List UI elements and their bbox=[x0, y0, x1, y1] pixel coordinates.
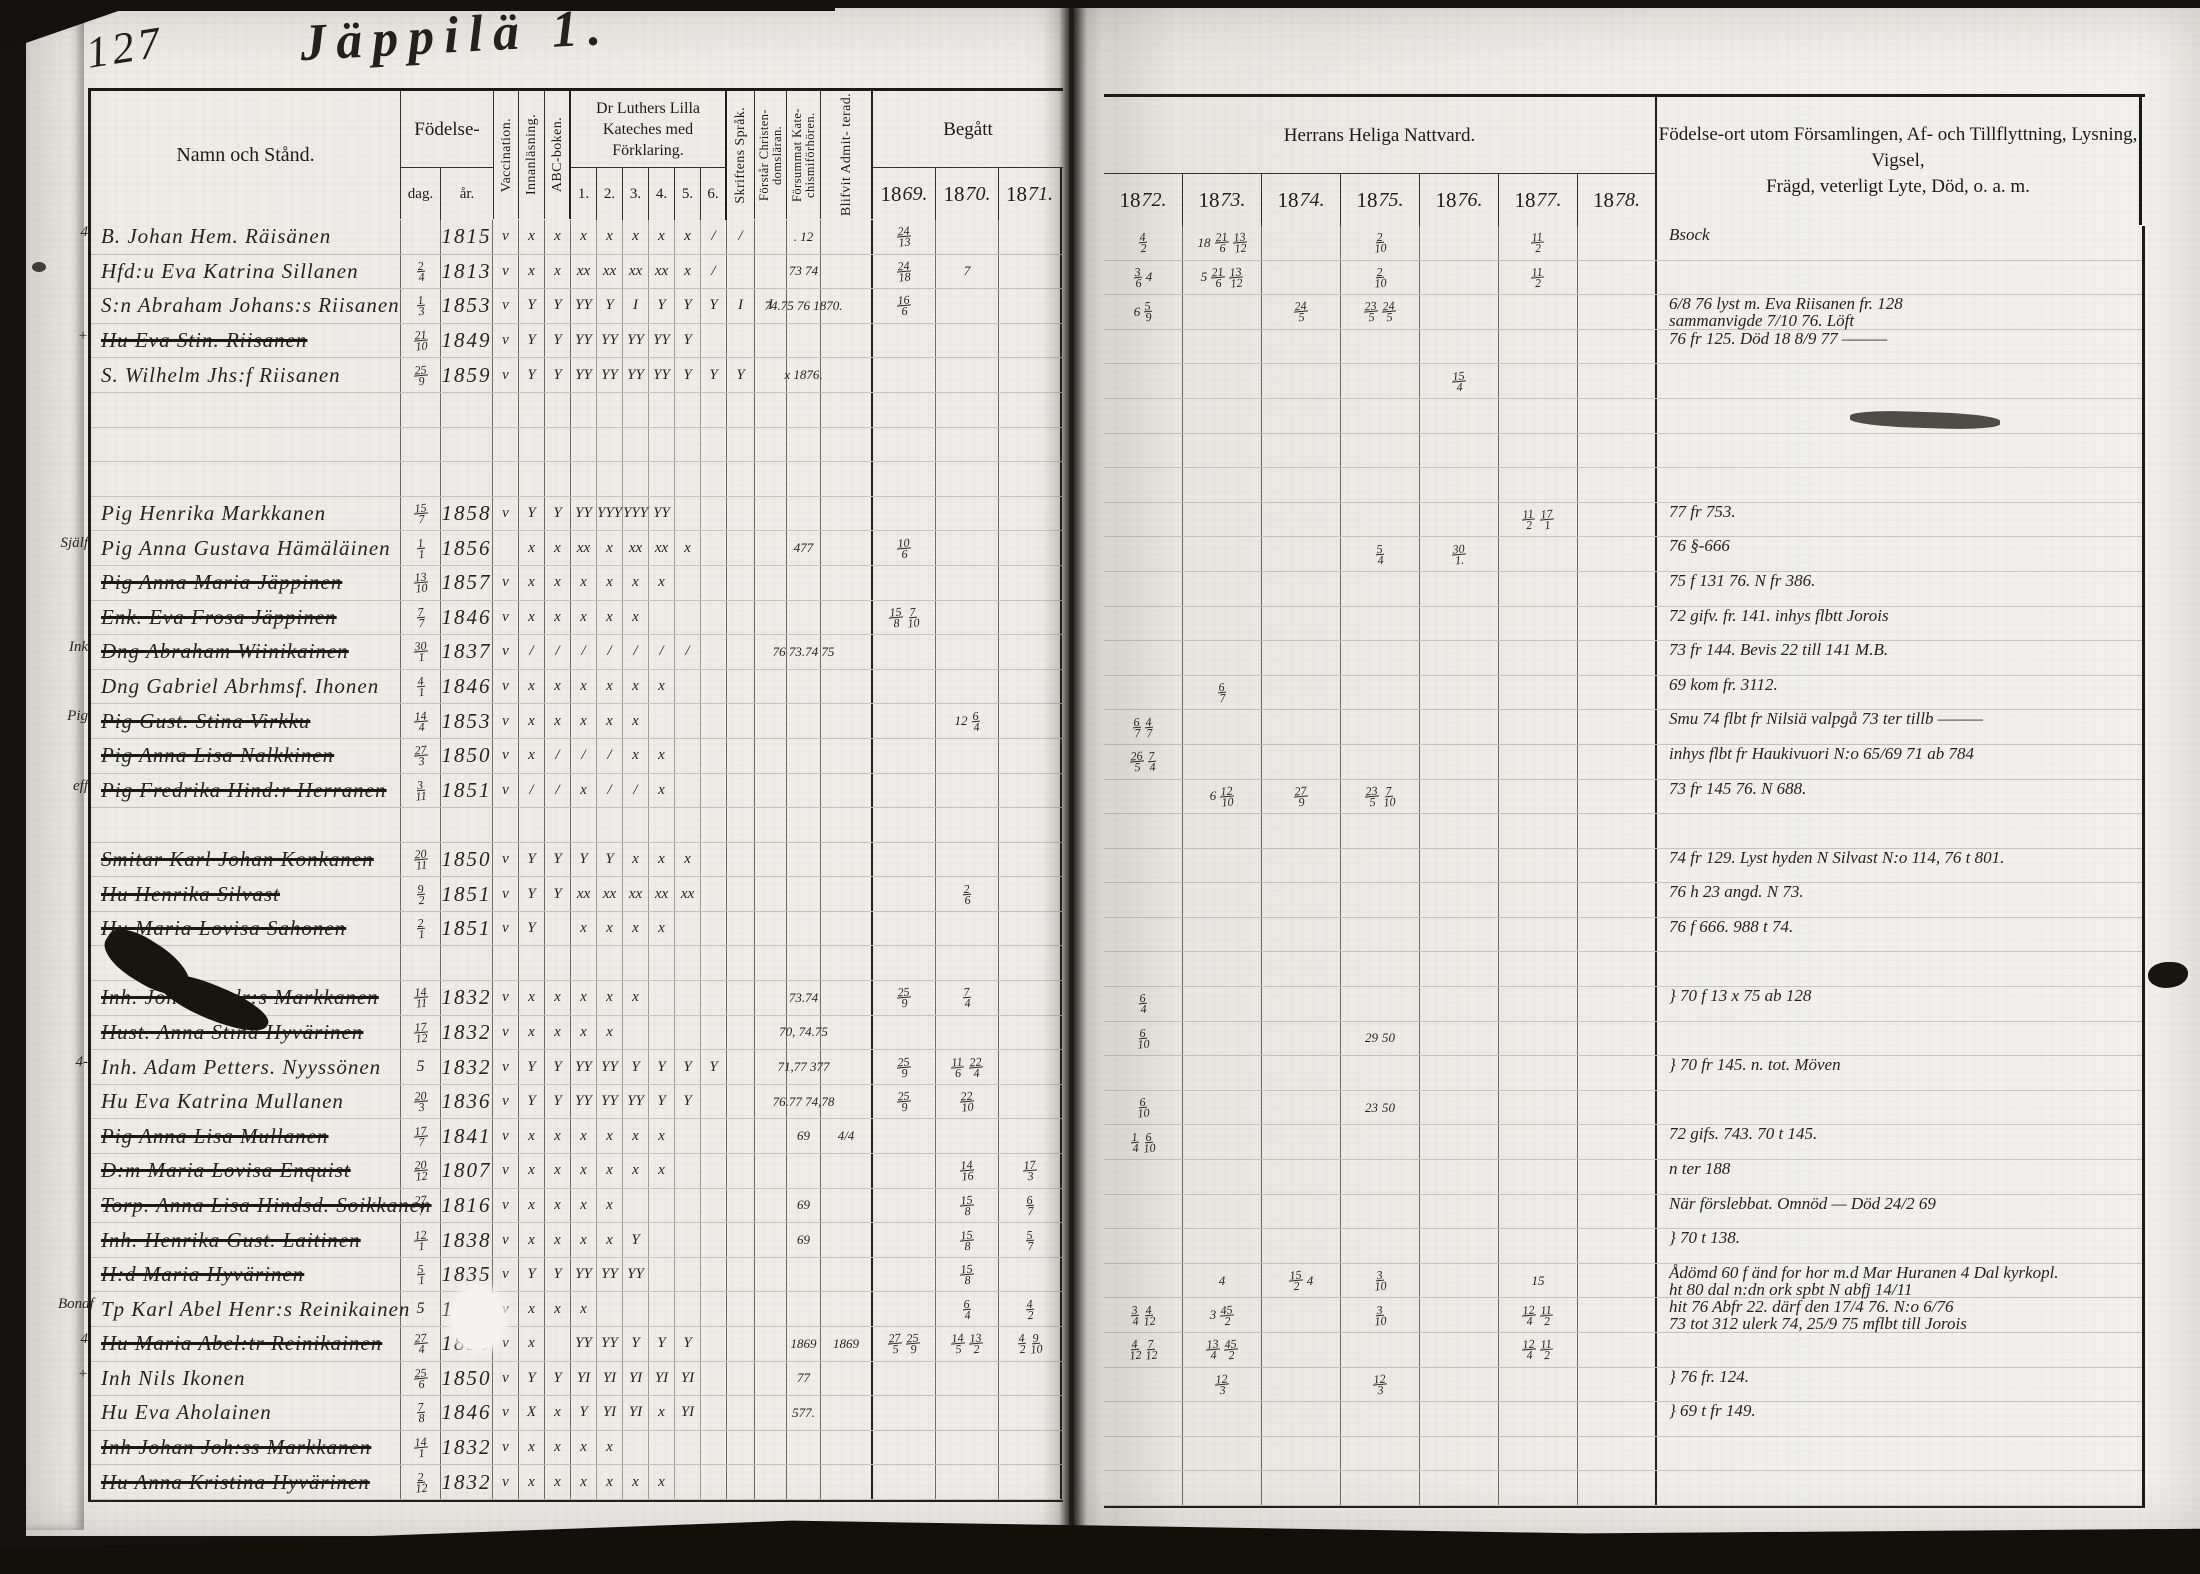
row-mark-cell bbox=[727, 635, 755, 669]
date-fraction: 2418 bbox=[896, 260, 912, 282]
row-begatt-1870 bbox=[936, 670, 999, 704]
table-row: 6102350 bbox=[1104, 1091, 2142, 1126]
row-birth-day-cell: 311 bbox=[401, 774, 441, 808]
table-row: Enk. Eva Frosa Jäppinen771846vxxxxx15871… bbox=[91, 601, 1063, 636]
row-mark-cell bbox=[727, 1465, 755, 1499]
date-fraction: 212 bbox=[414, 1471, 428, 1493]
row-nattvard-1873: 182161312 bbox=[1183, 226, 1262, 260]
row-mark-cell: Y bbox=[519, 324, 545, 358]
row-notes-cell: 6/8 76 lyst m. Eva Riisanen fr. 128samma… bbox=[1657, 295, 2142, 329]
row-mark-cell bbox=[727, 1050, 755, 1084]
row-mark-cell: x bbox=[571, 1119, 597, 1153]
row-mark-cell: Y bbox=[545, 497, 571, 531]
date-fraction: 112 bbox=[1531, 266, 1546, 288]
date-fraction: 256 bbox=[413, 1367, 429, 1389]
row-mark-cell: YY bbox=[597, 1258, 623, 1292]
row-nattvard-1876 bbox=[1420, 745, 1499, 779]
row-admitted-cell bbox=[821, 981, 873, 1015]
row-mark-cell: x bbox=[649, 1396, 675, 1430]
row-mark-cell bbox=[701, 462, 727, 496]
date-fraction: 77 bbox=[416, 607, 426, 629]
row-mark-cell: x bbox=[597, 670, 623, 704]
row-birth-day-cell bbox=[401, 946, 441, 980]
row-mark-cell: v bbox=[493, 1154, 519, 1188]
row-mark-cell: Y bbox=[545, 843, 571, 877]
row-begatt-1870 bbox=[936, 739, 999, 773]
note-line: sammanvigde 7/10 76. Löft bbox=[1669, 312, 1854, 329]
row-mark-cell bbox=[755, 670, 787, 704]
row-admitted-cell bbox=[821, 1154, 873, 1188]
row-birth-day-cell bbox=[401, 462, 441, 496]
row-notes-cell bbox=[1657, 364, 2142, 398]
row-nattvard-1877 bbox=[1499, 676, 1578, 710]
row-mark-cell: x bbox=[649, 1119, 675, 1153]
row-mark-cell: Y bbox=[519, 843, 545, 877]
row-mark-cell bbox=[701, 428, 727, 462]
date-fraction: 57 bbox=[1025, 1229, 1035, 1251]
row-notes-cell: 73 fr 144. Bevis 22 till 141 M.B. bbox=[1657, 641, 2142, 675]
row-nattvard-1878 bbox=[1578, 745, 1657, 779]
row-birth-day-cell: 24 bbox=[401, 255, 441, 289]
row-notes-cell: Bsock bbox=[1657, 226, 2142, 260]
date-fraction: 74 bbox=[1147, 751, 1157, 773]
row-mark-cell: I bbox=[727, 289, 755, 323]
row-mark-cell bbox=[701, 324, 727, 358]
row-name-cell: Pig Anna Maria Jäppinen bbox=[91, 566, 401, 600]
row-nattvard-1875 bbox=[1341, 330, 1420, 364]
note-line: 72 gifs. 743. 70 t 145. bbox=[1669, 1125, 1817, 1142]
handwritten-token: 6 bbox=[1134, 304, 1141, 320]
row-begatt-1869: 2413 bbox=[873, 220, 936, 254]
person-name: D:m Maria Lovisa Enquist bbox=[101, 1158, 351, 1183]
row-mark-cell: x bbox=[597, 1119, 623, 1153]
year-handwritten: 71. bbox=[1028, 183, 1053, 206]
row-mark-cell bbox=[675, 497, 701, 531]
row-birth-day-cell: 212 bbox=[401, 1465, 441, 1499]
row-notes-cell bbox=[1657, 814, 2142, 848]
row-begatt-1869 bbox=[873, 843, 936, 877]
row-begatt-1871 bbox=[999, 1396, 1062, 1430]
row-nattvard-1877 bbox=[1499, 537, 1578, 571]
row-missed-cell bbox=[787, 843, 821, 877]
row-mark-cell: YI bbox=[675, 1396, 701, 1430]
table-row: 75 f 131 76. N fr 386. bbox=[1104, 572, 2142, 607]
row-mark-cell bbox=[727, 1085, 755, 1119]
row-mark-cell bbox=[701, 877, 727, 911]
row-birth-year-cell bbox=[441, 428, 493, 462]
row-name-cell: B. Johan Hem. Räisänen bbox=[91, 220, 401, 254]
row-mark-cell bbox=[727, 808, 755, 842]
row-mark-cell bbox=[755, 1258, 787, 1292]
row-begatt-1870 bbox=[936, 289, 999, 323]
row-begatt-1871 bbox=[999, 877, 1062, 911]
row-mark-cell: x bbox=[519, 704, 545, 738]
row-nattvard-1878 bbox=[1578, 1056, 1657, 1090]
table-row bbox=[91, 393, 1063, 428]
row-nattvard-1874 bbox=[1262, 1471, 1341, 1505]
row-nattvard-1872: 659 bbox=[1104, 295, 1183, 329]
row-birth-year-cell: 1859 bbox=[441, 358, 493, 392]
row-notes-cell: 72 gifv. fr. 141. inhys flbtt Jorois bbox=[1657, 607, 2142, 641]
row-nattvard-1875 bbox=[1341, 918, 1420, 952]
row-notes-cell: 69 kom fr. 3112. bbox=[1657, 676, 2142, 710]
row-nattvard-1877 bbox=[1499, 710, 1578, 744]
date-fraction: 301. bbox=[1451, 543, 1467, 565]
row-nattvard-1878 bbox=[1578, 364, 1657, 398]
row-nattvard-1872: 42 bbox=[1104, 226, 1183, 260]
row-mark-cell bbox=[727, 1362, 755, 1396]
row-nattvard-1872 bbox=[1104, 883, 1183, 917]
row-mark-cell bbox=[623, 393, 649, 427]
row-nattvard-1872: 64 bbox=[1104, 987, 1183, 1021]
row-mark-cell bbox=[675, 946, 701, 980]
table-row: 4B. Johan Hem. Räisänen1815vxxxxxxx//. 1… bbox=[91, 220, 1063, 255]
row-begatt-1871 bbox=[999, 1258, 1062, 1292]
row-mark-cell: YY bbox=[623, 1258, 649, 1292]
row-mark-cell: v bbox=[493, 877, 519, 911]
date-fraction: 2110 bbox=[413, 330, 429, 352]
row-begatt-1870 bbox=[936, 1465, 999, 1499]
row-mark-cell bbox=[755, 1189, 787, 1223]
table-row: Hu Maria Lovisa Sahonen211851vYxxxx bbox=[91, 912, 1063, 947]
year-handwritten: 74. bbox=[1300, 189, 1325, 212]
row-nattvard-1872: 412712 bbox=[1104, 1333, 1183, 1367]
row-nattvard-1875: 310 bbox=[1341, 1298, 1420, 1332]
row-nattvard-1878 bbox=[1578, 503, 1657, 537]
row-birth-year-cell: 1858 bbox=[441, 497, 493, 531]
row-nattvard-1876 bbox=[1420, 1333, 1499, 1367]
row-begatt-1871 bbox=[999, 601, 1062, 635]
person-name: Pig Fredrika Hind:r Herranen bbox=[101, 778, 387, 803]
row-missed-cell: 73.74 bbox=[787, 981, 821, 1015]
row-mark-cell: xx bbox=[623, 255, 649, 289]
row-begatt-1870: 145132 bbox=[936, 1327, 999, 1361]
row-begatt-1870 bbox=[936, 635, 999, 669]
row-missed-cell bbox=[787, 393, 821, 427]
row-birth-year-cell: 1807 bbox=[441, 1154, 493, 1188]
note-line: 76 fr 125. Död 18 8/9 77 ——— bbox=[1669, 330, 1887, 347]
row-nattvard-1873 bbox=[1183, 1022, 1262, 1056]
row-nattvard-1878 bbox=[1578, 883, 1657, 917]
row-mark-cell bbox=[755, 704, 787, 738]
row-nattvard-1875 bbox=[1341, 814, 1420, 848]
row-mark-cell bbox=[755, 462, 787, 496]
row-mark-cell bbox=[755, 1396, 787, 1430]
row-birth-year-cell: 1849 bbox=[441, 324, 493, 358]
row-mark-cell: v bbox=[493, 670, 519, 704]
person-name: Smitar Karl Johan Konkanen bbox=[101, 847, 374, 872]
row-begatt-1870 bbox=[936, 1396, 999, 1430]
row-begatt-1870: 158 bbox=[936, 1189, 999, 1223]
header-year-1877.: 1877. bbox=[1499, 174, 1578, 226]
row-mark-cell: x bbox=[571, 1292, 597, 1326]
row-nattvard-1873 bbox=[1183, 330, 1262, 364]
row-missed-cell: 70, 74.75 bbox=[787, 1016, 821, 1050]
row-nattvard-1878 bbox=[1578, 1195, 1657, 1229]
table-row: Hu Eva Aholainen781846vXxYYIYIxYI577. bbox=[91, 1396, 1063, 1431]
row-nattvard-1877 bbox=[1499, 1022, 1578, 1056]
row-mark-cell: x bbox=[675, 531, 701, 565]
row-missed-cell bbox=[787, 601, 821, 635]
row-mark-cell bbox=[727, 1431, 755, 1465]
row-nattvard-1873 bbox=[1183, 849, 1262, 883]
date-fraction: 141 bbox=[413, 1437, 429, 1459]
date-fraction: 273 bbox=[413, 745, 429, 767]
row-begatt-1871 bbox=[999, 358, 1062, 392]
row-nattvard-1876 bbox=[1420, 572, 1499, 606]
table-row bbox=[91, 462, 1063, 497]
row-mark-cell: xx bbox=[649, 877, 675, 911]
row-begatt-1869 bbox=[873, 462, 936, 496]
row-nattvard-1874 bbox=[1262, 745, 1341, 779]
table-row: Pig Anna Lisa Nalkkinen2731850vx///xx bbox=[91, 739, 1063, 774]
row-name-cell: Hu Anna Kristina Hyvärinen bbox=[91, 1465, 401, 1499]
header-catechism-col-5: 5. bbox=[675, 168, 701, 220]
date-fraction: 121 bbox=[413, 1229, 429, 1251]
row-mark-cell bbox=[493, 393, 519, 427]
row-nattvard-1873: 134452 bbox=[1183, 1333, 1262, 1367]
row-mark-cell: v bbox=[493, 635, 519, 669]
row-nattvard-1874 bbox=[1262, 641, 1341, 675]
row-mark-cell bbox=[571, 462, 597, 496]
row-missed-cell bbox=[787, 462, 821, 496]
row-mark-cell: YY bbox=[571, 1327, 597, 1361]
row-nattvard-1876 bbox=[1420, 1471, 1499, 1505]
row-birth-year-cell: 1850 bbox=[441, 843, 493, 877]
row-mark-cell bbox=[675, 1016, 701, 1050]
table-row: Hfd:u Eva Katrina Sillanen241813vxxxxxxx… bbox=[91, 255, 1063, 290]
row-mark-cell: x bbox=[597, 1465, 623, 1499]
row-mark-cell: / bbox=[623, 774, 649, 808]
row-nattvard-1872 bbox=[1104, 537, 1183, 571]
row-mark-cell: x bbox=[545, 1465, 571, 1499]
date-fraction: 259 bbox=[896, 1056, 912, 1078]
header-catechism-col-4: 4. bbox=[649, 168, 675, 220]
row-mark-cell bbox=[701, 808, 727, 842]
table-row: Torp. Anna Lisa Hindsd. Soikkanen2771816… bbox=[91, 1189, 1063, 1224]
row-mark-cell: v bbox=[493, 1396, 519, 1430]
row-missed-cell bbox=[787, 912, 821, 946]
person-name: Pig Gust. Stina Virkku bbox=[101, 709, 310, 734]
table-row: 344123452310124112hit 76 Abfr 22. därf d… bbox=[1104, 1298, 2142, 1333]
row-birth-year-cell: 1836 bbox=[441, 1085, 493, 1119]
row-nattvard-1874 bbox=[1262, 849, 1341, 883]
row-nattvard-1874 bbox=[1262, 399, 1341, 433]
row-admitted-cell: 4/4 bbox=[821, 1119, 873, 1153]
row-missed-cell bbox=[787, 1154, 821, 1188]
row-begatt-1869 bbox=[873, 739, 936, 773]
date-fraction: 301 bbox=[413, 641, 429, 663]
row-mark-cell: x bbox=[649, 566, 675, 600]
row-mark-cell: v bbox=[493, 601, 519, 635]
row-notes-cell: När förslebbat. Omnöd — Död 24/2 69 bbox=[1657, 1195, 2142, 1229]
row-begatt-1870 bbox=[936, 1016, 999, 1050]
year-printed: 18 bbox=[1593, 188, 1614, 213]
row-mark-cell: x bbox=[519, 1465, 545, 1499]
row-nattvard-1877 bbox=[1499, 883, 1578, 917]
note-line: 74 fr 129. Lyst hyden N Silvast N:o 114,… bbox=[1669, 849, 2004, 866]
row-nattvard-1874 bbox=[1262, 226, 1341, 260]
note-line: hit 76 Abfr 22. därf den 17/4 76. N:o 6/… bbox=[1669, 1298, 1953, 1315]
row-birth-day-cell: 177 bbox=[401, 1119, 441, 1153]
row-mark-cell: YYY bbox=[623, 497, 649, 531]
row-mark-cell: x bbox=[675, 255, 701, 289]
row-notes-cell: Ådömd 60 f änd for hor m.d Mar Huranen 4… bbox=[1657, 1264, 2142, 1298]
table-row: n ter 188 bbox=[1104, 1160, 2142, 1195]
row-mark-cell: Y bbox=[649, 289, 675, 323]
row-name-cell: Pig Henrika Markkanen bbox=[91, 497, 401, 531]
row-admitted-cell bbox=[821, 1465, 873, 1499]
row-nattvard-1878 bbox=[1578, 1298, 1657, 1332]
row-nattvard-1874 bbox=[1262, 1437, 1341, 1471]
row-nattvard-1878 bbox=[1578, 1022, 1657, 1056]
row-mark-cell: v bbox=[493, 739, 519, 773]
row-mark-cell: v bbox=[493, 1119, 519, 1153]
row-nattvard-1874 bbox=[1262, 607, 1341, 641]
row-mark-cell bbox=[493, 462, 519, 496]
table-row bbox=[1104, 952, 2142, 987]
row-mark-cell: x bbox=[519, 601, 545, 635]
note-line: När förslebbat. Omnöd — Död 24/2 69 bbox=[1669, 1195, 1936, 1212]
row-birth-day-cell: 13 bbox=[401, 289, 441, 323]
person-name: Pig Henrika Markkanen bbox=[101, 501, 326, 526]
row-mark-cell bbox=[701, 912, 727, 946]
row-nattvard-1878 bbox=[1578, 1368, 1657, 1402]
row-nattvard-1874 bbox=[1262, 1298, 1341, 1332]
row-mark-cell: Y bbox=[545, 358, 571, 392]
row-mark-cell: x bbox=[623, 843, 649, 877]
row-name-cell bbox=[91, 462, 401, 496]
year-printed: 18 bbox=[1515, 188, 1536, 213]
row-nattvard-1875 bbox=[1341, 745, 1420, 779]
row-admitted-cell bbox=[821, 289, 873, 323]
row-nattvard-1872 bbox=[1104, 780, 1183, 814]
row-birth-day-cell: 301 bbox=[401, 635, 441, 669]
date-fraction: 42 bbox=[1017, 1333, 1027, 1355]
person-name: Hu Eva Stin. Riisanen bbox=[101, 328, 307, 353]
row-mark-cell: x bbox=[571, 220, 597, 254]
row-nattvard-1874 bbox=[1262, 1333, 1341, 1367]
handwritten-token: 12 bbox=[955, 713, 968, 729]
row-mark-cell: YY bbox=[571, 358, 597, 392]
table-row: } 70 t 138. bbox=[1104, 1229, 2142, 1264]
table-row: Hu Anna Kristina Hyvärinen2121832vxxxxxx bbox=[91, 1465, 1063, 1500]
row-begatt-1871 bbox=[999, 1085, 1062, 1119]
row-nattvard-1873 bbox=[1183, 1125, 1262, 1159]
row-begatt-1871 bbox=[999, 531, 1062, 565]
row-birth-year-cell: 1832 bbox=[441, 1016, 493, 1050]
row-begatt-1870 bbox=[936, 946, 999, 980]
row-nattvard-1875 bbox=[1341, 399, 1420, 433]
note-line: inhys flbt fr Haukivuori N:o 65/69 71 ab… bbox=[1669, 745, 1974, 762]
date-fraction: 177 bbox=[413, 1125, 429, 1147]
row-mark-cell: Y bbox=[649, 1050, 675, 1084]
date-fraction: 452 bbox=[1219, 1304, 1235, 1326]
row-mark-cell: x bbox=[623, 1154, 649, 1188]
row-mark-cell bbox=[701, 1189, 727, 1223]
row-name-cell: Hfd:u Eva Katrina Sillanen bbox=[91, 255, 401, 289]
date-fraction: 92 bbox=[416, 883, 426, 905]
note-line: } 70 t 138. bbox=[1669, 1229, 1740, 1246]
table-row: Smitar Karl Johan Konkanen20111850vYYYYx… bbox=[91, 843, 1063, 878]
note-line: 73 fr 145 76. N 688. bbox=[1669, 780, 1806, 797]
row-begatt-1869 bbox=[873, 428, 936, 462]
row-nattvard-1874 bbox=[1262, 1022, 1341, 1056]
handwritten-token: 3 bbox=[1210, 1307, 1217, 1323]
row-begatt-1871 bbox=[999, 1119, 1062, 1153]
row-mark-cell: x bbox=[623, 220, 649, 254]
handwritten-token: 50 bbox=[1382, 1100, 1395, 1116]
row-birth-day-cell: 51 bbox=[401, 1258, 441, 1292]
row-birth-day-cell: 78 bbox=[401, 1396, 441, 1430]
row-missed-cell: x 1876. bbox=[787, 358, 821, 392]
row-nattvard-1873 bbox=[1183, 503, 1262, 537]
row-mark-cell: v bbox=[493, 566, 519, 600]
row-mark-cell: x bbox=[519, 255, 545, 289]
row-nattvard-1877 bbox=[1499, 1056, 1578, 1090]
year-handwritten: 72. bbox=[1142, 189, 1167, 212]
row-nattvard-1878 bbox=[1578, 607, 1657, 641]
person-name: Inh. Adam Petters. Nyyssönen bbox=[101, 1055, 381, 1080]
header-catechism-col-3: 3. bbox=[623, 168, 649, 220]
date-fraction: 171 bbox=[1539, 508, 1555, 530]
date-fraction: 712 bbox=[1144, 1339, 1158, 1361]
row-mark-cell bbox=[571, 946, 597, 980]
row-notes-cell: } 69 t fr 149. bbox=[1657, 1402, 2142, 1436]
date-fraction: 21 bbox=[416, 918, 426, 940]
date-fraction: 259 bbox=[905, 1333, 921, 1355]
row-mark-cell: / bbox=[623, 635, 649, 669]
date-fraction: 132 bbox=[968, 1333, 984, 1355]
row-begatt-1870: 7 bbox=[936, 255, 999, 289]
row-nattvard-1876 bbox=[1420, 261, 1499, 295]
row-mark-cell: / bbox=[597, 739, 623, 773]
row-mark-cell: / bbox=[649, 635, 675, 669]
date-fraction: 67 bbox=[1217, 682, 1227, 704]
date-fraction: 710 bbox=[906, 606, 920, 628]
row-missed-cell: 1869 bbox=[787, 1327, 821, 1361]
row-mark-cell bbox=[597, 1292, 623, 1326]
row-admitted-cell bbox=[821, 1016, 873, 1050]
row-mark-cell bbox=[649, 1223, 675, 1257]
row-mark-cell bbox=[571, 393, 597, 427]
person-name: Hu Eva Katrina Mullanen bbox=[101, 1089, 344, 1114]
date-fraction: 2413 bbox=[896, 226, 912, 248]
row-admitted-cell bbox=[821, 255, 873, 289]
row-mark-cell: YI bbox=[597, 1362, 623, 1396]
row-nattvard-1875: 235245 bbox=[1341, 295, 1420, 329]
date-fraction: 144 bbox=[413, 710, 429, 732]
person-name: Hu Anna Kristina Hyvärinen bbox=[101, 1470, 370, 1495]
row-mark-cell bbox=[623, 462, 649, 496]
row-name-cell: Inh Johan Joh:ss Markkanen bbox=[91, 1431, 401, 1465]
row-mark-cell: x bbox=[519, 670, 545, 704]
row-name-cell: Pig Anna Gustava Hämäläinen bbox=[91, 531, 401, 565]
row-mark-cell: x bbox=[545, 601, 571, 635]
header-year-1874.: 1874. bbox=[1262, 174, 1341, 226]
row-nattvard-1877 bbox=[1499, 399, 1578, 433]
row-nattvard-1872 bbox=[1104, 1229, 1183, 1263]
table-row: BondfTp Karl Abel Henr:s Reinikainen5181… bbox=[91, 1292, 1063, 1327]
row-mark-cell: YY bbox=[649, 497, 675, 531]
row-mark-cell: Y bbox=[649, 1085, 675, 1119]
left-page-table: Namn och Stånd. Födelse- dag. år. Vaccin… bbox=[88, 88, 1063, 1502]
note-line: } 76 fr. 124. bbox=[1669, 1368, 1749, 1385]
table-row bbox=[91, 428, 1063, 463]
row-mark-cell: x bbox=[571, 1465, 597, 1499]
row-mark-cell bbox=[755, 497, 787, 531]
header-catechism-col-6: 6. bbox=[701, 168, 727, 220]
